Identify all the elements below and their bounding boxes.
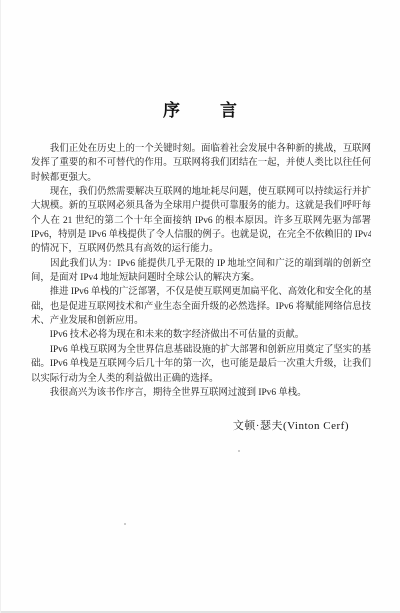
text-line: 个人在 21 世纪的第二个十年全面接纳 IPv6 的根本原因。许多互联网先驱为部… bbox=[31, 214, 371, 228]
text-line: 的情况下，互联网仍然具有高效的运行能力。 bbox=[31, 242, 371, 256]
book-page: 序 言 我们正处在历史上的一个关键时刻。面临着社会发展中各种新的挑战，互联网 发… bbox=[0, 0, 400, 613]
text-line: 术、产业发展和创新应用。 bbox=[31, 314, 371, 328]
text-line: 间，是面对 IPv4 地址短缺问题时全球公认的解决方案。 bbox=[31, 271, 371, 285]
author-signature: 文顿·瑟夫(Vinton Cerf) bbox=[233, 419, 349, 433]
text-line: 以实际行动为全人类的利益做出正确的选择。 bbox=[31, 372, 371, 386]
preface-body: 我们正处在历史上的一个关键时刻。面临着社会发展中各种新的挑战，互联网 发挥了重要… bbox=[31, 142, 371, 400]
scan-speck bbox=[238, 450, 240, 452]
text-line: 时候都更强大。 bbox=[31, 171, 371, 185]
text-line: 础。IPv6 单栈是互联网今后几十年的第一次，也可能是最后一次重大升级，让我们 bbox=[31, 357, 371, 371]
scan-speck bbox=[124, 523, 126, 525]
text-line: IPv6，特别是 IPv6 单栈提供了令人信服的例子。也就是说，在完全不依赖旧的… bbox=[31, 228, 371, 242]
text-line: 因此我们认为：IPv6 能提供几乎无限的 IP 地址空间和广泛的端到端的创新空 bbox=[31, 257, 371, 271]
text-line: 我们正处在历史上的一个关键时刻。面临着社会发展中各种新的挑战，互联网 bbox=[31, 142, 371, 156]
text-line: 我很高兴为该书作序言，期待全世界互联网过渡到 IPv6 单栈。 bbox=[31, 386, 371, 400]
text-line: 发挥了重要的和不可替代的作用。互联网将我们团结在一起，并使人类比以往任何 bbox=[31, 156, 371, 170]
text-line: 大规模。新的互联网必须具备为全球用户提供可靠服务的能力。这就是我们呼吁每 bbox=[31, 199, 371, 213]
text-line: IPv6 单栈互联网为全世界信息基础设施的扩大部署和创新应用奠定了坚实的基 bbox=[31, 343, 371, 357]
text-line: IPv6 技术必将为现在和未来的数字经济做出不可估量的贡献。 bbox=[31, 328, 371, 342]
text-line: 现在，我们仍然需要解决互联网的地址耗尽问题，使互联网可以持续运行并扩 bbox=[31, 185, 371, 199]
page-title: 序 言 bbox=[31, 96, 371, 121]
text-line: 础，也是促进互联网技术和产业生态全面升级的必然选择。IPv6 将赋能网络信息技 bbox=[31, 300, 371, 314]
text-line: 推进 IPv6 单栈的广泛部署，不仅是使互联网更加扁平化、高效化和安全化的基 bbox=[31, 285, 371, 299]
